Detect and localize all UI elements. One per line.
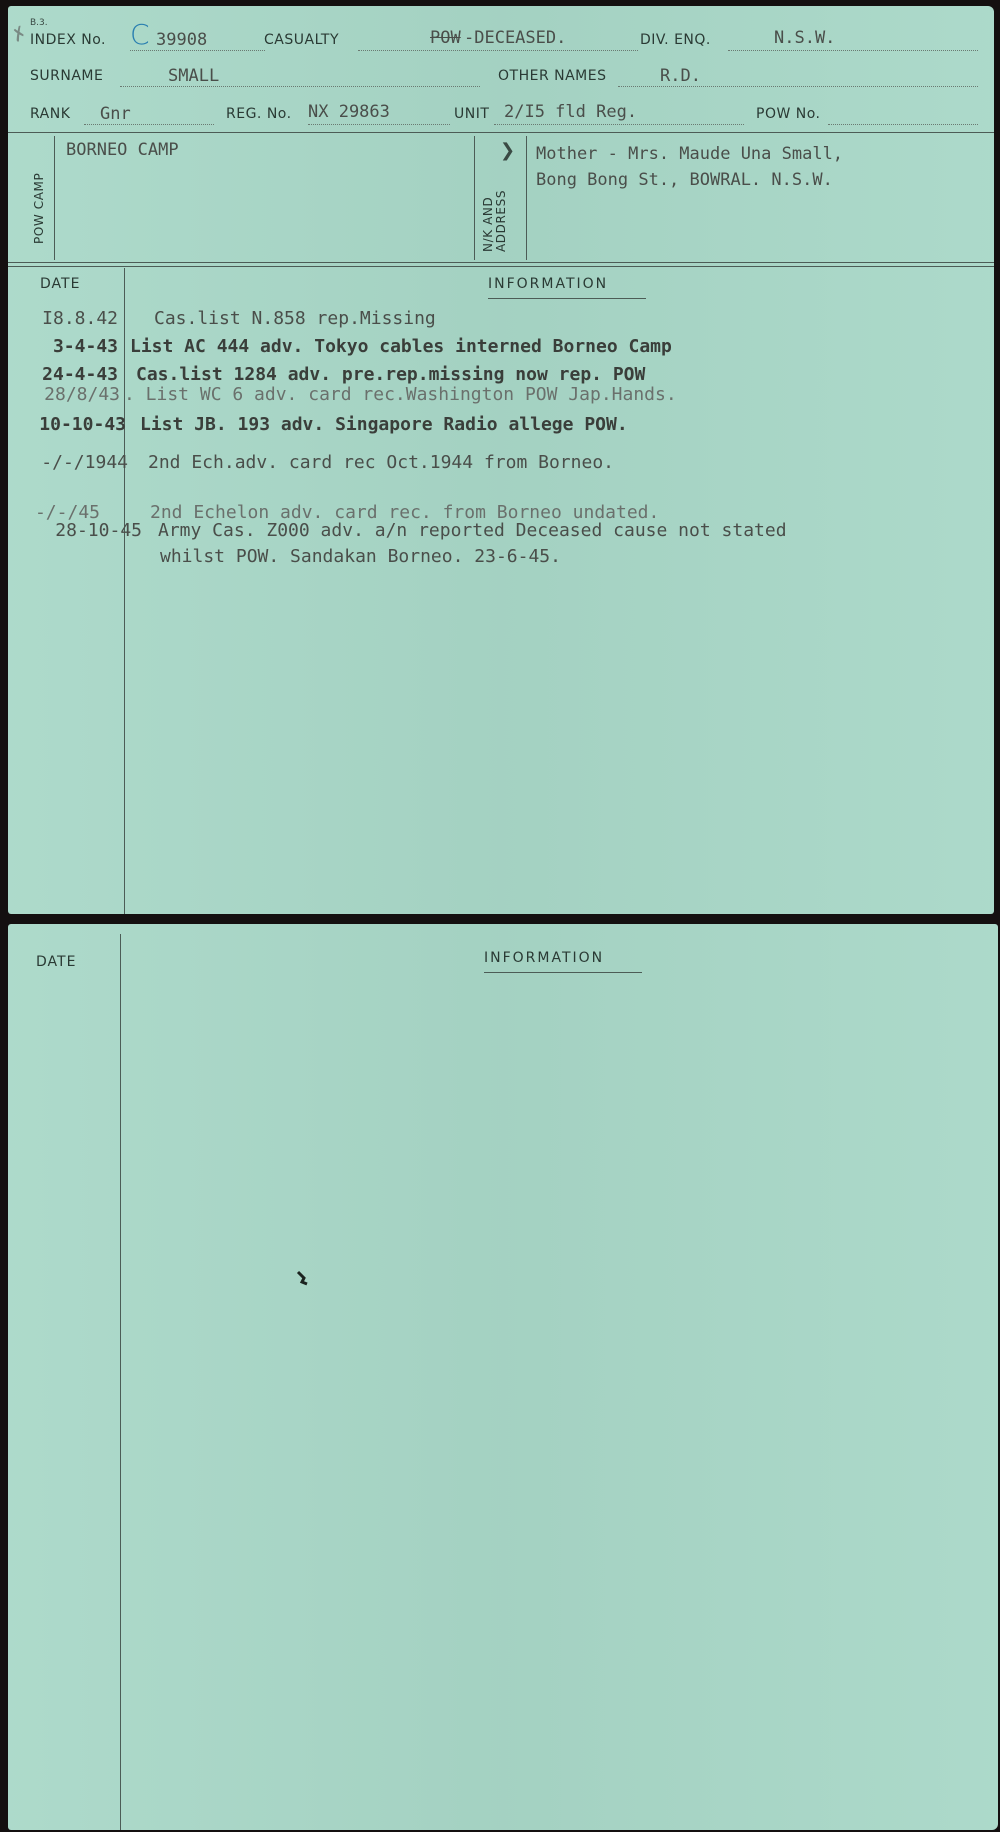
nk-label-line1: N/K AND [481,197,495,252]
casualty-dots [358,50,638,51]
nk-address-line-1: Mother - Mrs. Maude Una Small, [536,144,843,164]
entry-text: List AC 444 adv. Tokyo cables interned B… [130,336,672,357]
casualty-label: CASUALTY [264,32,339,48]
pow-no-label: POW No. [756,106,821,122]
entry-text: 2nd Ech.adv. card rec Oct.1944 from Born… [148,452,614,473]
pow-no-dots [828,124,978,125]
entry-text: . List WC 6 adv. card rec.Washington POW… [124,384,677,405]
information-header-underline [484,972,642,973]
record-card-front: B.3. ✗ INDEX No. C 39908 CASUALTY POW -D… [8,6,994,914]
entry-text: Cas.list 1284 adv. pre.rep.missing now r… [136,364,645,385]
record-card-back: DATE INFORMATION [8,924,998,1830]
index-handwritten-prefix: C [130,18,150,51]
surname-value: SMALL [168,66,219,86]
entry-date: 28-10-45 [55,520,142,541]
div-enq-label: DIV. ENQ. [640,32,711,48]
date-column-divider [120,934,121,1830]
date-column-divider [124,268,125,914]
pencil-tick-mark-icon: ✗ [8,22,32,48]
surname-label: SURNAME [30,68,103,84]
divider [8,132,994,133]
index-no-value: 39908 [156,30,207,50]
entry-text: whilst POW. Sandakan Borneo. 23-6-45. [160,546,561,567]
pow-camp-label: POW CAMP [32,173,46,244]
entry-date: 28/8/43 [44,384,120,405]
divider [474,136,475,260]
index-no-label: INDEX No. [30,32,106,48]
corner-mark: B.3. [30,18,48,28]
div-enq-dots [728,50,978,51]
pow-camp-value: BORNEO CAMP [66,140,179,160]
unit-label: UNIT [454,106,489,122]
unit-value: 2/I5 fld Reg. [504,102,637,122]
reg-no-dots [308,124,450,125]
information-column-header: INFORMATION [484,950,604,966]
reg-no-value: NX 29863 [308,102,390,122]
index-no-dots [130,50,265,51]
divider [526,136,527,260]
entry-text: Cas.list N.858 rep.Missing [154,308,436,329]
information-header-underline [488,298,646,299]
other-names-dots [618,86,978,87]
surname-dots [120,86,480,87]
nk-address-label: N/K AND ADDRESS [482,190,508,252]
entry-date: 3-4-43 [53,336,118,357]
information-column-header: INFORMATION [488,276,608,292]
reg-no-label: REG. No. [226,106,292,122]
rank-label: RANK [30,106,70,122]
entry-text: Army Cas. Z000 adv. a/n reported Decease… [158,520,787,541]
unit-dots [494,124,744,125]
rank-dots [84,124,214,125]
card-hole-mark-icon [296,1270,310,1288]
divider [54,136,55,260]
entry-date: 24-4-43 [42,364,118,385]
date-column-header: DATE [40,276,80,292]
nk-address-line-2: Bong Bong St., BOWRAL. N.S.W. [536,170,833,190]
rank-value: Gnr [100,104,131,124]
bracket-arrow-icon: ❯ [500,140,515,161]
other-names-label: OTHER NAMES [498,68,606,84]
entry-date: 10-10-43 [39,414,126,435]
entry-text: List JB. 193 adv. Singapore Radio allege… [140,414,628,435]
nk-label-line2: ADDRESS [494,190,508,252]
casualty-value: -DECEASED. [464,28,566,48]
entry-date: -/-/1944 [41,452,128,473]
div-enq-value: N.S.W. [774,28,835,48]
casualty-struck-value: POW [430,28,461,48]
entry-date: I8.8.42 [42,308,118,329]
divider [8,262,994,263]
date-column-header: DATE [36,954,76,970]
other-names-value: R.D. [660,66,701,86]
divider [8,266,994,267]
